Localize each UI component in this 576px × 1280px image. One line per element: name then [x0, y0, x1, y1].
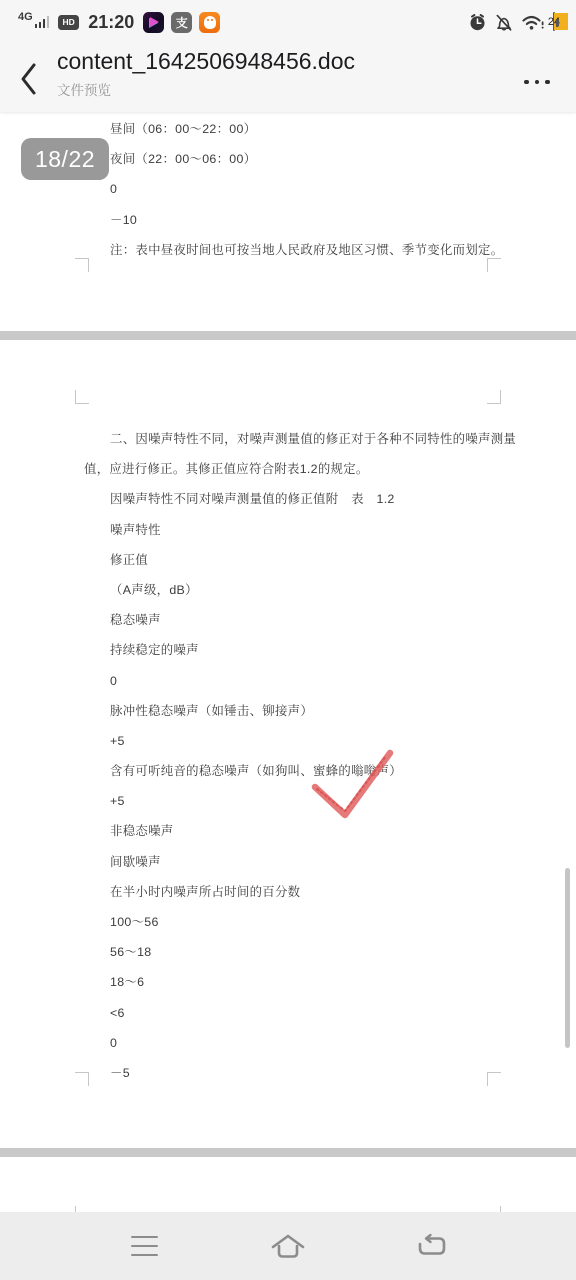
doc-line: 二、因噪声特性不同，对噪声测量值的修正对于各种不同特性的噪声测量 [0, 424, 576, 454]
signal-bars-icon [35, 16, 50, 28]
vertical-scrollbar[interactable] [565, 868, 570, 1048]
alipay-app-icon: 支 [171, 12, 192, 33]
doc-line: 56～18 [0, 937, 576, 967]
clock-time: 21:20 [88, 12, 134, 33]
mute-bell-icon [494, 13, 514, 32]
cellular-signal-icon: 4G [18, 16, 49, 28]
text-boundary-mark [487, 1072, 501, 1086]
text-boundary-mark [487, 258, 501, 272]
network-type-label: 4G [18, 11, 33, 23]
doc-line: 非稳态噪声 [0, 816, 576, 846]
doc-line: 18～6 [0, 967, 576, 997]
doc-line: 含有可听纯音的稳态噪声（如狗叫、蜜蜂的嗡嗡声） [0, 756, 576, 786]
document-page-20 [0, 1157, 576, 1212]
doc-line: 值，应进行修正。其修正值应符合附表1.2的规定。 [0, 454, 576, 484]
phone-screen: 4G HD 21:20 支 [0, 0, 576, 1280]
doc-line: +5 [0, 786, 576, 816]
text-boundary-mark [75, 1072, 89, 1086]
doc-line: －10 [0, 205, 576, 235]
home-icon [269, 1232, 307, 1260]
music-app-icon [143, 12, 164, 33]
back-button[interactable] [10, 58, 48, 100]
more-options-button[interactable] [516, 68, 558, 96]
document-page-19: 二、因噪声特性不同，对噪声测量值的修正对于各种不同特性的噪声测量值，应进行修正。… [0, 340, 576, 1148]
doc-line: 持续稳定的噪声 [0, 635, 576, 665]
home-button[interactable] [240, 1212, 336, 1280]
doc-line: 修正值 [0, 545, 576, 575]
doc-line: 脉冲性稳态噪声（如锤击、铆接声） [0, 696, 576, 726]
document-title: content_1642506948456.doc [57, 48, 496, 75]
doc-line: 间歇噪声 [0, 847, 576, 877]
doc-line: 0 [0, 1028, 576, 1058]
recents-menu-button[interactable] [96, 1212, 192, 1280]
doc-line: 噪声特性 [0, 515, 576, 545]
wifi-icon [521, 13, 545, 31]
alarm-icon [468, 13, 487, 32]
ellipsis-icon [524, 80, 529, 85]
doc-line: 在半小时内噪声所占时间的百分数 [0, 877, 576, 907]
doc-preview-header: content_1642506948456.doc 文件预览 [0, 44, 576, 112]
doc-line: 因噪声特性不同对噪声测量值的修正值附 表 1.2 [0, 484, 576, 514]
hamburger-icon [131, 1236, 158, 1257]
text-boundary-mark [75, 390, 89, 404]
battery-icon: 24 [552, 13, 555, 31]
page-indicator-badge: 18/22 [21, 138, 109, 180]
page-separator [0, 1148, 576, 1157]
page-separator [0, 331, 576, 340]
qq-app-icon [199, 12, 220, 33]
back-nav-button[interactable] [384, 1212, 480, 1280]
text-boundary-mark [487, 390, 501, 404]
hd-icon: HD [58, 15, 79, 30]
doc-line: +5 [0, 726, 576, 756]
back-arrow-icon [416, 1233, 448, 1259]
chevron-left-icon [18, 61, 40, 97]
doc-line: （A声级，dB） [0, 575, 576, 605]
doc-line: <6 [0, 998, 576, 1028]
status-bar: 4G HD 21:20 支 [0, 0, 576, 44]
doc-line: 0 [0, 666, 576, 696]
text-boundary-mark [75, 258, 89, 272]
android-nav-bar [0, 1212, 576, 1280]
page-subtitle: 文件预览 [57, 79, 496, 99]
doc-line: 稳态噪声 [0, 605, 576, 635]
doc-line: 100～56 [0, 907, 576, 937]
document-viewport[interactable]: 昼间（06：00～22：00）夜间（22：00～06：00）0－10注：表中昼夜… [0, 112, 576, 1212]
